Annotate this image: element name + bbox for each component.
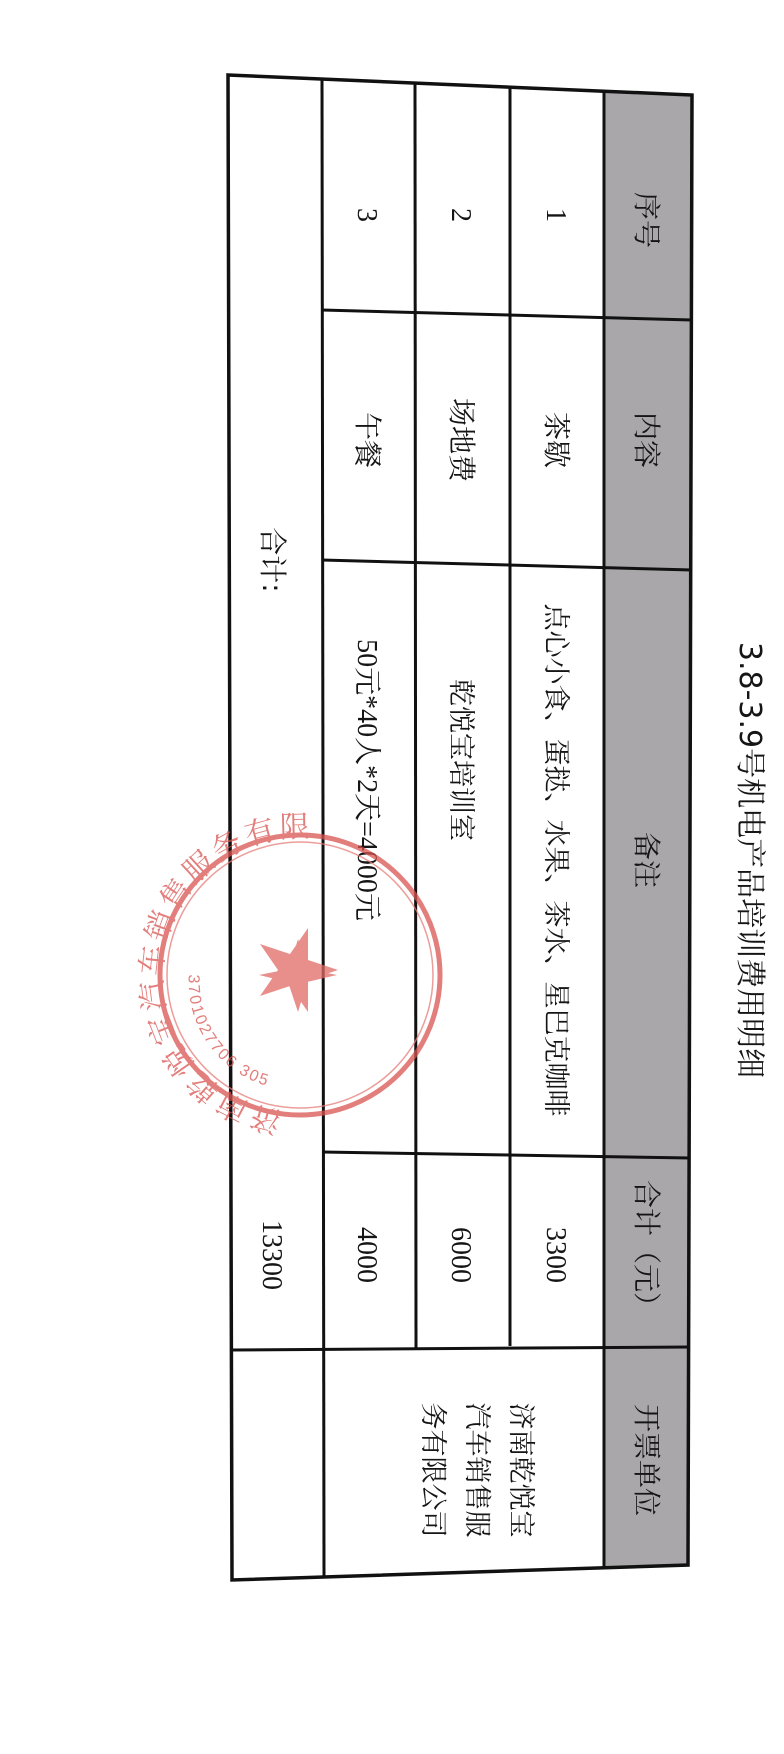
header-amount: 合计（元） xyxy=(630,1180,663,1320)
total-amount: 13300 xyxy=(256,1220,287,1290)
row-index: 2 xyxy=(445,208,476,222)
issuer-line: 济南乾悦宝 xyxy=(505,1403,536,1538)
total-label: 合计: xyxy=(256,527,289,592)
row-remarks: 50元*40人*2天=4000元 xyxy=(351,639,383,921)
row-index: 3 xyxy=(351,208,382,222)
row-amount: 6000 xyxy=(445,1227,476,1283)
row-content: 午餐 xyxy=(351,412,384,468)
header-issuer: 开票单位 xyxy=(630,1404,663,1516)
header-index: 序号 xyxy=(630,192,663,248)
issuer-line: 务有限公司 xyxy=(417,1403,448,1538)
row-remarks: 乾悦宝培训室 xyxy=(445,679,476,841)
header-content: 内容 xyxy=(630,412,663,468)
header-remarks: 备注 xyxy=(630,832,663,888)
issuer-cell: 济南乾悦宝 汽车销售服 务有限公司 xyxy=(417,1403,536,1538)
issuer-line: 汽车销售服 xyxy=(461,1403,492,1538)
row-remarks: 点心小食、蛋挞、水果、茶水、星巴克咖啡 xyxy=(540,604,571,1117)
row-content: 茶歇 xyxy=(540,412,573,468)
row-content: 场地费 xyxy=(445,398,478,483)
row-amount: 4000 xyxy=(351,1227,382,1283)
row-index: 1 xyxy=(540,208,571,222)
document-title: 3.8-3.9号机电产品培训费用明细 xyxy=(732,642,767,1078)
document-page: 3.8-3.9号机电产品培训费用明细 序号 内容 备注 合计（元） 开票单位 1… xyxy=(0,0,784,1754)
row-amount: 3300 xyxy=(540,1227,571,1283)
